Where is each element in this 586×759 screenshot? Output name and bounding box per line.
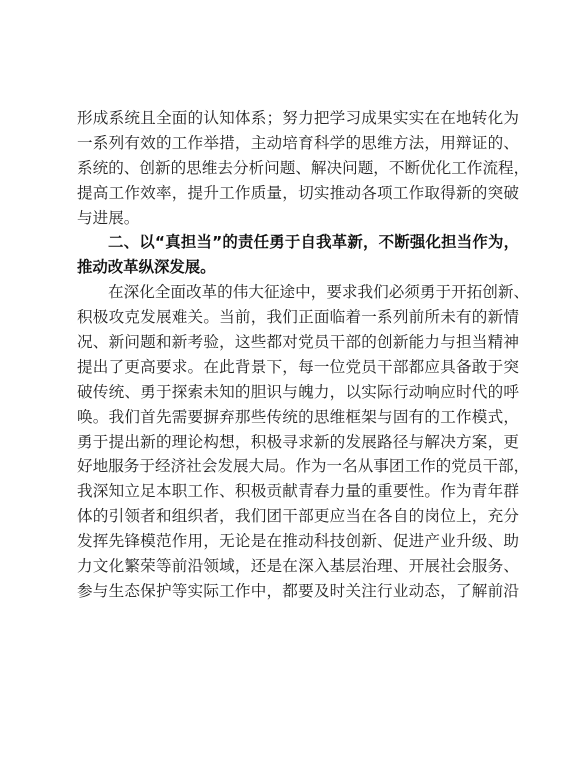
text-line: 破传统、勇于探索未知的胆识与魄力，以实际行动响应时代的呼 [77,380,519,405]
text-line: 一系列有效的工作举措，主动培育科学的思维方法，用辩证的、 [77,131,519,156]
text-line: 发挥先锋模范作用，无论是在推动科技创新、促进产业升级、助 [77,529,519,554]
text-line: 系统的、创新的思维去分析问题、解决问题，不断优化工作流程， [77,156,519,181]
text-line: 唤。我们首先需要摒弃那些传统的思维框架与固有的工作模式， [77,405,519,430]
document-page: 形成系统且全面的认知体系；努力把学习成果实实在在地转化为 一系列有效的工作举措，… [0,0,586,759]
text-line: 形成系统且全面的认知体系；努力把学习成果实实在在地转化为 [77,106,519,131]
text-line: 力文化繁荣等前沿领域，还是在深入基层治理、开展社会服务、 [77,554,519,579]
text-line: 况、新问题和新考验，这些都对党员干部的创新能力与担当精神 [77,330,519,355]
text-line: 提出了更高要求。在此背景下，每一位党员干部都应具备敢于突 [77,355,519,380]
text-line: 与进展。 [77,206,519,231]
text-line: 在深化全面改革的伟大征途中，要求我们必须勇于开拓创新、 [77,280,519,305]
paragraph: 在深化全面改革的伟大征途中，要求我们必须勇于开拓创新、 积极攻克发展难关。当前，… [77,280,519,604]
text-line: 我深知立足本职工作、积极贡献青春力量的重要性。作为青年群 [77,479,519,504]
text-line: 参与生态保护等实际工作中，都要及时关注行业动态，了解前沿 [77,579,519,604]
heading-line: 推动改革纵深发展。 [77,255,519,280]
document-body: 形成系统且全面的认知体系；努力把学习成果实实在在地转化为 一系列有效的工作举措，… [77,106,519,604]
paragraph-continued: 形成系统且全面的认知体系；努力把学习成果实实在在地转化为 一系列有效的工作举措，… [77,106,519,230]
text-line: 勇于提出新的理论构想，积极寻求新的发展路径与解决方案，更 [77,430,519,455]
text-line: 提高工作效率，提升工作质量，切实推动各项工作取得新的突破 [77,181,519,206]
text-line: 积极攻克发展难关。当前，我们正面临着一系列前所未有的新情 [77,305,519,330]
text-line: 好地服务于经济社会发展大局。作为一名从事团工作的党员干部， [77,454,519,479]
section-heading: 二、以“真担当”的责任勇于自我革新，不断强化担当作为， 推动改革纵深发展。 [77,230,519,280]
text-line: 体的引领者和组织者，我们团干部更应当在各自的岗位上，充分 [77,504,519,529]
heading-line: 二、以“真担当”的责任勇于自我革新，不断强化担当作为， [77,230,519,255]
